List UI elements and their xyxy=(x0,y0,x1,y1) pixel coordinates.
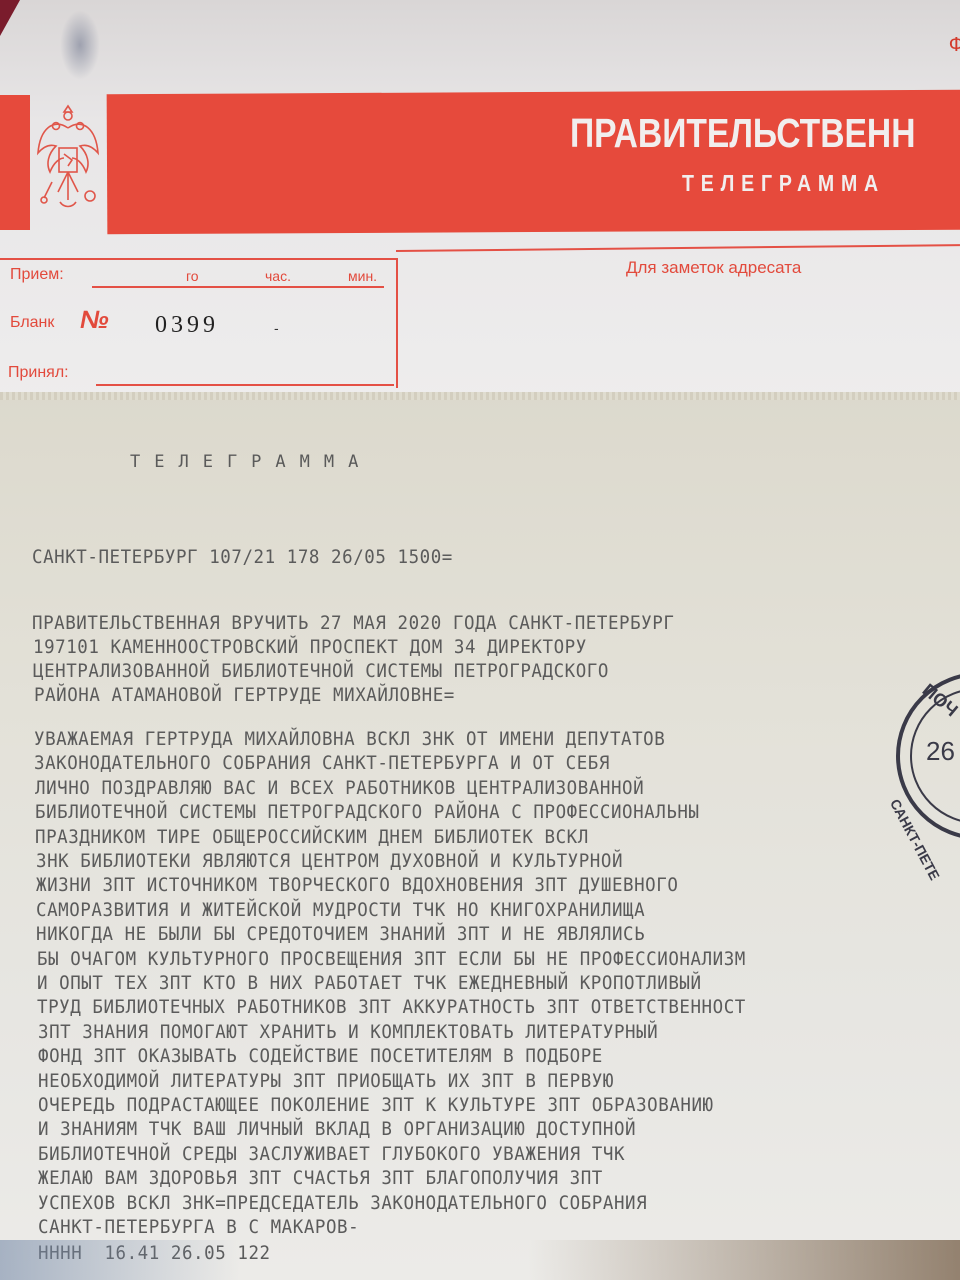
body-line: БЫ ОЧАГОМ КУЛЬТУРНОГО ПРОСВЕЩЕНИЯ ЗПТ ЕС… xyxy=(37,948,746,970)
address-line: РАЙОНА АТАМАНОВОЙ ГЕРТРУДЕ МИХАЙЛОВНЕ= xyxy=(34,684,455,706)
stamp-date: 26 xyxy=(926,736,955,767)
addressee-notes-label: Для заметок адресата xyxy=(626,258,801,278)
shadow xyxy=(60,10,100,80)
photo-edge-shadow xyxy=(0,1240,960,1280)
body-line: ПРАЗДНИКОМ ТИРЕ ОБЩЕРОССИЙСКИМ ДНЕМ БИБЛ… xyxy=(35,826,589,848)
body-line: ЗАКОНОДАТЕЛЬНОГО СОБРАНИЯ САНКТ-ПЕТЕРБУР… xyxy=(34,752,610,774)
telegram-header-line: САНКТ-ПЕТЕРБУРГ 107/21 178 26/05 1500= xyxy=(32,546,453,568)
body-line: И ЗНАНИЯМ ТЧК ВАШ ЛИЧНЫЙ ВКЛАД В ОРГАНИЗ… xyxy=(38,1118,636,1140)
body-line: ЗНК БИБЛИОТЕКИ ЯВЛЯЮТСЯ ЦЕНТРОМ ДУХОВНОЙ… xyxy=(36,850,623,872)
form-subtitle: ТЕЛЕГРАММА xyxy=(682,170,885,197)
form-title: ПРАВИТЕЛЬСТВЕНН xyxy=(570,110,915,157)
reception-hours-label: час. xyxy=(265,268,291,284)
address-line: 197101 КАМЕННООСТРОВСКИЙ ПРОСПЕКТ ДОМ 34… xyxy=(33,636,587,658)
body-line: БИБЛИОТЕЧНОЙ СРЕДЫ ЗАСЛУЖИВАЕТ ГЛУБОКОГО… xyxy=(38,1143,625,1165)
body-line: НИКОГДА НЕ БЫЛИ БЫ СРЕДОТОЧИЕМ ЗНАНИЙ ЗП… xyxy=(36,923,645,945)
body-line: ЗПТ ЗНАНИЯ ПОМОГАЮТ ХРАНИТЬ И КОМПЛЕКТОВ… xyxy=(38,1021,658,1043)
double-headed-eagle-emblem-icon xyxy=(34,98,102,223)
tape-torn-edge xyxy=(0,392,960,400)
body-line: ТРУД БИБЛИОТЕЧНЫХ РАБОТНИКОВ ЗПТ АККУРАТ… xyxy=(37,996,746,1018)
address-line: ПРАВИТЕЛЬСТВЕННАЯ ВРУЧИТЬ 27 МАЯ 2020 ГО… xyxy=(32,612,674,634)
blank-label: Бланк xyxy=(10,314,54,332)
reception-label: Прием: xyxy=(10,266,64,284)
address-line: ЦЕНТРАЛИЗОВАННОЙ БИБЛИОТЕЧНОЙ СИСТЕМЫ ПЕ… xyxy=(33,660,609,682)
reception-go-label: го xyxy=(186,268,199,284)
body-line: ФОНД ЗПТ ОКАЗЫВАТЬ СОДЕЙСТВИЕ ПОСЕТИТЕЛЯ… xyxy=(38,1045,603,1067)
reception-underline xyxy=(92,286,384,288)
accepted-underline xyxy=(96,384,394,386)
body-line: УСПЕХОВ ВСКЛ ЗНК=ПРЕДСЕДАТЕЛЬ ЗАКОНОДАТЕ… xyxy=(38,1192,647,1214)
form-corner-letter: Ф xyxy=(949,34,960,57)
body-line: И ОПЫТ ТЕХ ЗПТ КТО В НИХ РАБОТАЕТ ТЧК ЕЖ… xyxy=(37,972,702,994)
blank-number: 0399 xyxy=(155,312,219,339)
body-line: САМОРАЗВИТИЯ И ЖИТЕЙСКОЙ МУДРОСТИ ТЧК НО… xyxy=(36,899,645,921)
body-line: БИБЛИОТЕЧНОЙ СИСТЕМЫ ПЕТРОГРАДСКОГО РАЙО… xyxy=(35,801,700,823)
red-band-left xyxy=(0,95,30,230)
body-line: ЖИЗНИ ЗПТ ИСТОЧНИКОМ ТВОРЧЕСКОГО ВДОХНОВ… xyxy=(36,874,678,896)
accepted-label: Принял: xyxy=(8,364,69,382)
body-line: САНКТ-ПЕТЕРБУРГА В С МАКАРОВ- xyxy=(38,1216,359,1238)
telegram-heading: ТЕЛЕГРАММА xyxy=(130,452,372,472)
blank-mark: - xyxy=(274,320,279,336)
blank-number-sign: № xyxy=(80,306,109,335)
corner-mark xyxy=(0,0,20,36)
body-line: УВАЖАЕМАЯ ГЕРТРУДА МИХАЙЛОВНА ВСКЛ ЗНК О… xyxy=(34,728,665,750)
body-line: ОЧЕРЕДЬ ПОДРАСТАЮЩЕЕ ПОКОЛЕНИЕ ЗПТ К КУЛ… xyxy=(38,1094,714,1116)
reception-minutes-label: мин. xyxy=(348,268,377,284)
body-line: ЛИЧНО ПОЗДРАВЛЯЮ ВАС И ВСЕХ РАБОТНИКОВ Ц… xyxy=(35,777,644,799)
body-line: НЕОБХОДИМОЙ ЛИТЕРАТУРЫ ЗПТ ПРИОБЩАТЬ ИХ … xyxy=(38,1070,614,1092)
body-line: ЖЕЛАЮ ВАМ ЗДОРОВЬЯ ЗПТ СЧАСТЬЯ ЗПТ БЛАГО… xyxy=(38,1167,603,1189)
